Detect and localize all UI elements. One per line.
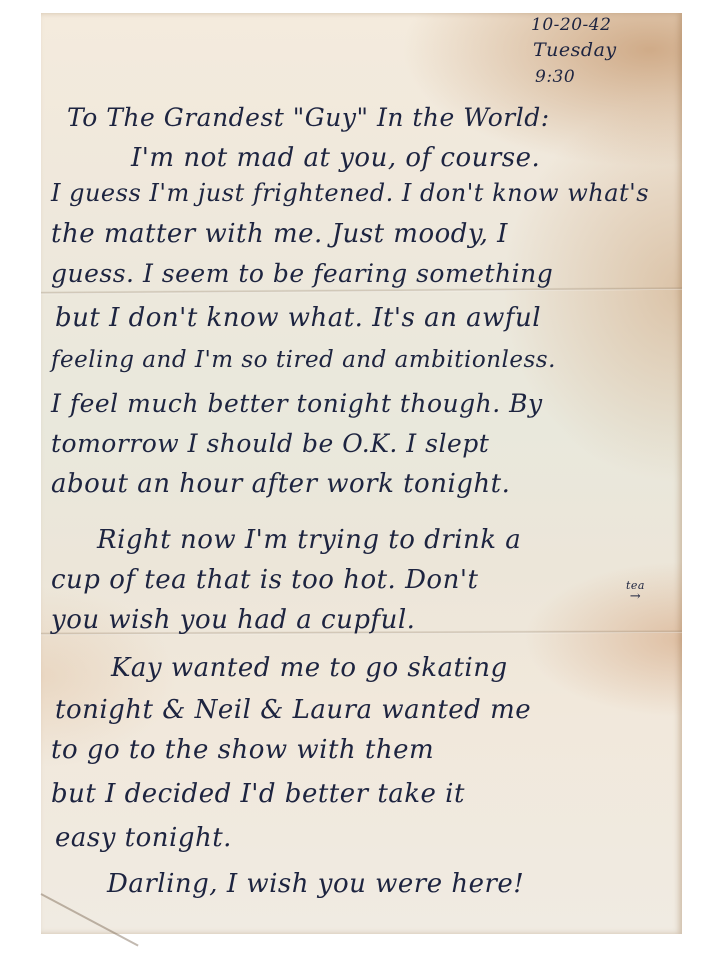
letter-line: tomorrow I should be O.K. I slept <box>51 429 489 458</box>
arrow-right-icon: → <box>626 591 645 602</box>
letter-line: guess. I seem to be fearing something <box>51 259 553 288</box>
letter-line: easy tonight. <box>55 823 232 853</box>
letter-date: 10-20-42 <box>531 15 611 35</box>
letter-line: Right now I'm trying to drink a <box>97 525 521 555</box>
closing-line: Darling, I wish you were here! <box>107 869 524 899</box>
letter-time: 9:30 <box>535 67 575 87</box>
letter-line: I'm not mad at you, of course. <box>131 143 540 173</box>
letter-line: cup of tea that is too hot. Don't <box>51 565 478 595</box>
letter-line: I guess I'm just frightened. I don't kno… <box>51 179 649 207</box>
letter-line: tonight & Neil & Laura wanted me <box>55 695 531 725</box>
salutation: To The Grandest "Guy" In the World: <box>67 103 550 132</box>
letter-line: I feel much better tonight though. By <box>51 389 543 418</box>
margin-note-tea: tea → <box>626 580 645 602</box>
letter-line: feeling and I'm so tired and ambitionles… <box>51 347 556 373</box>
letter-page: 10-20-42 Tuesday 9:30 To The Grandest "G… <box>41 13 682 934</box>
letter-line: but I don't know what. It's an awful <box>55 303 541 333</box>
corner-crease <box>41 893 139 946</box>
letter-line: the matter with me. Just moody, I <box>51 219 508 249</box>
letter-line: about an hour after work tonight. <box>51 469 510 499</box>
letter-line: to go to the show with them <box>51 735 434 765</box>
letter-line: you wish you had a cupful. <box>51 605 415 635</box>
letter-line: but I decided I'd better take it <box>51 779 465 809</box>
letter-day: Tuesday <box>533 39 617 61</box>
letter-line: Kay wanted me to go skating <box>111 653 508 683</box>
